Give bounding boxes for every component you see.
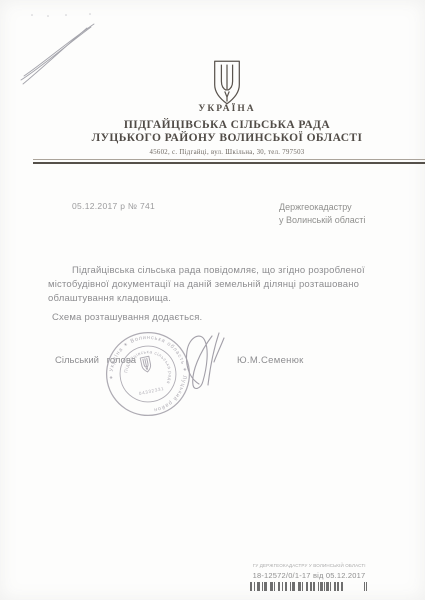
seal-code: 04332331 (138, 386, 164, 396)
outgoing-date-number: 05.12.2017 р № 741 (72, 201, 155, 211)
org-name-line2: ЛУЦЬКОГО РАЙОНУ ВОЛИНСЬКОЇ ОБЛАСТІ (28, 132, 425, 144)
addressee-line2: у Волинській області (279, 214, 365, 227)
coat-of-arms-trident-icon (210, 59, 244, 106)
registration-stamp: ГУ ДЕРЖГЕОКАДАСТРУ У ВОЛИНСЬКІЙ ОБЛАСТІ … (228, 554, 390, 591)
seal-trident-icon (140, 356, 152, 373)
org-name-line1: ПІДГАЙЦІВСЬКА СІЛЬСЬКА РАДА (28, 119, 425, 131)
letterhead-divider (33, 159, 425, 164)
registration-number: 18-12572/0/1-17 від 05.12.2017 (228, 571, 390, 580)
registration-office: ГУ ДЕРЖГЕОКАДАСТРУ У ВОЛИНСЬКІЙ ОБЛАСТІ (253, 564, 366, 569)
barcode-end-mark (364, 582, 368, 591)
scanned-letter-page: УКРАЇНА ПІДГАЙЦІВСЬКА СІЛЬСЬКА РАДА ЛУЦЬ… (0, 0, 425, 600)
org-address: 45602, с. Підгайці, вул. Шкільна, 30, те… (28, 149, 425, 156)
pen-mark (10, 12, 110, 92)
signer-name: Ю.М.Семенюк (237, 355, 304, 366)
addressee-line1: Держгеокадастру (279, 201, 365, 214)
addressee-block: Держгеокадастру у Волинській області (279, 201, 365, 226)
body-paragraph-1: Підгайцівська сільська рада повідомляє, … (48, 264, 396, 305)
country-name: УКРАЇНА (28, 104, 425, 114)
handwritten-signature (178, 328, 236, 394)
barcode (250, 582, 346, 591)
